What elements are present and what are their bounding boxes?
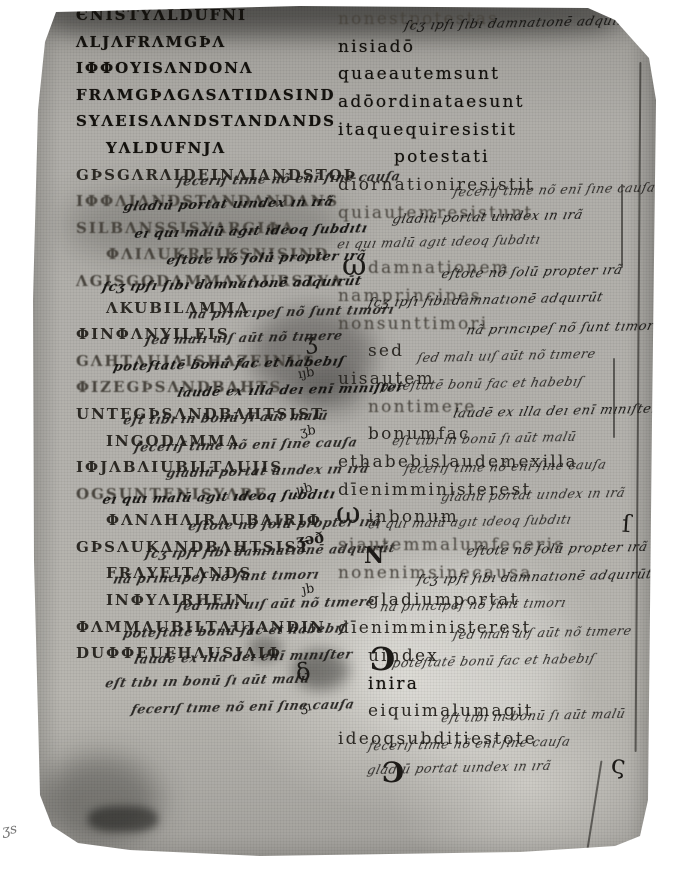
line-text: FRΛMGÞΛGΛSΛTIDΛSIND: [76, 86, 335, 104]
text-line: ΥΛLDUFNJΛ: [76, 135, 344, 162]
line-text: SΥΛEISΛΛNDSTΛNDΛNDS: [76, 112, 336, 130]
text-line: UNTEGÞSΛNDBΛHTSISTeſt tıbı ın bonū ſı aū…: [76, 401, 344, 428]
text-line: eſt tıbı ın bonū ſı aūt malū: [76, 667, 344, 694]
manuscript-photo: ЄNISTΥΛLDUFNIΛLJΛFRΛMGÞΛIΦΦOΥISΛNDONΛFRΛ…: [0, 0, 675, 889]
text-column-latin: nonestpotestasſcʒ ıpſı ſıbı damnatıonē a…: [338, 6, 644, 781]
text-line: OGSUNTENISΥΛREeı quı malū agıt ıdeoq ſub…: [76, 481, 344, 508]
text-line: FRΛMGÞΛGΛSΛTIDΛSIND: [76, 82, 344, 109]
text-line: ethabebislaudemexillafecerıſ tıme nõ enī…: [338, 449, 644, 477]
text-line: uindexpoteſtatē bonū fac et habebıſ: [338, 643, 644, 671]
text-line: fecerıſ tıme nõ enī ſıne cauſa: [76, 693, 344, 720]
text-line: ΦINΦΛNΥILEISſed malı uıſ aūt nõ tımere: [76, 321, 344, 348]
line-text: sed: [368, 341, 404, 361]
text-line: adōordinataesunt: [338, 89, 644, 117]
fold-line: [621, 184, 623, 268]
line-text: itaquequiresistit: [338, 120, 517, 140]
text-line: damnationemeſtote nõ ſolū propter ırã: [338, 255, 644, 283]
text-line: INGODΛMMΛfecerıſ tıme nõ enī ſıne cauſa: [76, 428, 344, 455]
text-line: nontimerelaudē ex ılla deı enī mınıſter: [338, 394, 644, 422]
text-line: bonumfaceſt tıbı ın bonū ſı aūt malū: [338, 421, 644, 449]
text-line: IΦΦΛIΛNDSTΛNDΛNDΛNSgladıū portat uındex …: [76, 188, 344, 215]
text-line: gladiumportatnã prıncıpeſ nõ ſunt tımorı: [338, 587, 644, 615]
line-text: potestati: [394, 147, 490, 167]
text-line: SILBΛNSSISΥΛRGIΦΛeı quı malū agıt ıdeoq …: [76, 215, 344, 242]
line-text: ЄNISTΥΛLDUFNI: [76, 6, 247, 24]
overwriting-scribble: fecerıſ tıme nõ enī ſıne cauſa: [128, 692, 357, 724]
text-line: itaquequiresistit: [338, 117, 644, 145]
text-line: potestati: [338, 144, 644, 172]
text-line: ЄNISTΥΛLDUFNI: [76, 2, 344, 29]
text-line: sedſed malı uıſ aūt nõ tımere: [338, 338, 644, 366]
text-line: ΦΛMMΛUBILTΛUJΛNDINpoteſtatē bonū fac et …: [76, 614, 344, 641]
text-line: FRΛΥEITΛNDSnã prıncıpeſ nõ ſunt tımorı: [76, 560, 344, 587]
overwriting-scribble: eı quı malū agıt ıdeoq ſubdıtı: [334, 225, 543, 258]
text-line: nonenimsinecausaſcʒ ıpſı ſıbı damnatıonē…: [338, 560, 644, 588]
line-text: quaeautemsunt: [338, 64, 500, 84]
text-line: SΥΛEISΛΛNDSTΛNDΛNDS: [76, 108, 344, 135]
overwriting-scribble: gladıū portat uındex ın ırã: [364, 751, 554, 783]
corner-mark: ʒs: [1, 821, 19, 839]
text-line: INΦΥΛIRHEINſed malı uıſ aūt nõ tımere: [76, 587, 344, 614]
text-line: ideoqsubditiestotefecerıſ tıme nõ enī ſı…: [338, 726, 644, 754]
text-line: nisiadō: [338, 34, 644, 62]
line-text: ΛLJΛFRΛMGÞΛ: [76, 33, 226, 51]
text-line: inira: [338, 671, 644, 699]
text-line: IΦΦOΥISΛNDONΛ: [76, 55, 344, 82]
text-line: ΦIZEGÞSΛNDBΛHTSlaudē ex ılla deı enī mın…: [76, 374, 344, 401]
text-line: GÞSGΛRΛIDEINΛIΛNDSTOÞfecerıſ tıme nõ enī…: [76, 162, 344, 189]
text-line: ΛGISGODΛMMΛΥΛURSTΥΛſcʒ ıpſı ſıbı damnatı…: [76, 268, 344, 295]
text-line: IΦJΛBΛIUBILTΛUJISgladıū portat uındex ın…: [76, 454, 344, 481]
line-text: ΥΛLDUFNJΛ: [106, 139, 226, 157]
text-line: nonestpotestasſcʒ ıpſı ſıbı damnatıonē a…: [338, 6, 644, 34]
text-line: quaeautemsunt: [338, 61, 644, 89]
text-line: ΛLJΛFRΛMGÞΛ: [76, 29, 344, 56]
line-text: inira: [368, 674, 419, 694]
text-line: siautemmalumfeceriseſtote nõ ſolū propte…: [338, 532, 644, 560]
line-text: nisiadō: [338, 37, 415, 57]
text-line: quiautemresistuntgladıū portat uındex ın…: [338, 200, 644, 228]
text-line: dīornationiresistitfecerıſ tıme nõ enī ſ…: [338, 172, 644, 200]
text-line: eiquimalumagiteſt tıbı ın bonū ſı aūt ma…: [338, 698, 644, 726]
text-line: DUΦΦEUFHΛUSJΛIΦlaudē ex ılla deı enī mın…: [76, 640, 344, 667]
stain: [40, 756, 160, 846]
text-line: dīenimministerestſed malı uıſ aūt nõ tım…: [338, 615, 644, 643]
text-line: GÞSΛUKΛNDBΛHTSISTſcʒ ıpſı ſıbı damnatıon…: [76, 534, 344, 561]
text-line: nonsunttimorinã prıncıpeſ nõ ſunt tımorı: [338, 311, 644, 339]
fold-line: [613, 358, 615, 438]
stain: [88, 806, 158, 832]
line-text: adōordinataesunt: [338, 92, 525, 112]
text-line: ΦΛNΛHΛIRΛUBΛIRIΦeſtote nõ ſolū propter ı…: [76, 507, 344, 534]
text-line: eı quı malū agıt ıdeoq ſubdıtı: [338, 228, 644, 256]
text-column-gothic: ЄNISTΥΛLDUFNIΛLJΛFRΛMGÞΛIΦΦOΥISΛNDONΛFRΛ…: [76, 2, 344, 720]
text-line: namprincipesſcʒ ıpſı ſıbı damnatıonē adq…: [338, 283, 644, 311]
text-line: ΛKUBILΛMMΛnã prıncıpeſ nõ ſunt tımorı: [76, 295, 344, 322]
text-line: uisautempoteſtatē bonū fac et habebıſ: [338, 366, 644, 394]
parchment-page: ЄNISTΥΛLDUFNIΛLJΛFRΛMGÞΛIΦΦOΥISΛNDONΛFRΛ…: [0, 0, 675, 889]
text-line: dīenimministerestgladıū portat uındex ın…: [338, 477, 644, 505]
text-line: inbonumeı quı malū agıt ıdeoq ſubdıtı: [338, 504, 644, 532]
text-line: GΛHTΛUJΛISHΛZEINUSpoteſtatē bonū fac et …: [76, 348, 344, 375]
text-line: ΦΛIΛUKREIKSNISINDeſtote nõ ſolū propter …: [76, 241, 344, 268]
line-text: IΦΦOΥISΛNDONΛ: [76, 59, 254, 77]
